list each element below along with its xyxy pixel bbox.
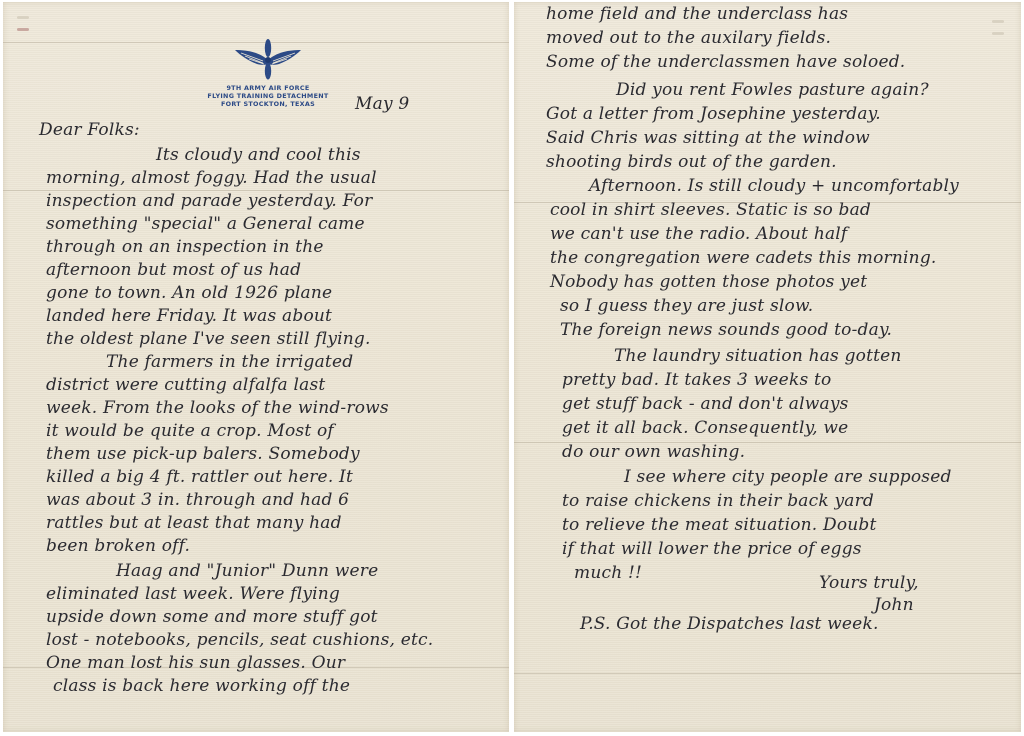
letter-line: killed a big 4 ft. rattler out here. It (46, 467, 353, 487)
letter-line: district were cutting alfalfa last (46, 375, 325, 395)
letter-line: eliminated last week. Were flying (46, 584, 340, 604)
letter-line: so I guess they are just slow. (560, 296, 813, 316)
letter-line: if that will lower the price of eggs (562, 539, 862, 559)
closing: Yours truly, (819, 573, 919, 593)
letter-line: moved out to the auxilary fields. (546, 28, 831, 48)
letter-line: the congregation were cadets this mornin… (550, 248, 937, 268)
letter-line: Did you rent Fowles pasture again? (616, 80, 929, 100)
paper-fold-line (514, 673, 1021, 674)
letter-line: home field and the underclass has (546, 4, 848, 24)
letter-line: gone to town. An old 1926 plane (46, 283, 332, 303)
letter-line: get it all back. Consequently, we (562, 418, 848, 438)
letter-line: The foreign news sounds good to-day. (560, 320, 892, 340)
letter-line: Haag and "Junior" Dunn were (116, 561, 378, 581)
letter-line: Some of the underclassmen have soloed. (546, 52, 905, 72)
letter-line: The laundry situation has gotten (614, 346, 902, 366)
letterhead-detachment: FLYING TRAINING DETACHMENT (193, 92, 343, 100)
letter-line: was about 3 in. through and had 6 (46, 490, 349, 510)
letter-line: rattles but at least that many had (46, 513, 342, 533)
letter-line: inspection and parade yesterday. For (46, 191, 372, 211)
letterhead: 9TH ARMY AIR FORCE FLYING TRAINING DETAC… (193, 38, 343, 108)
letter-line: Nobody has gotten those photos yet (550, 272, 867, 292)
letter-line: Afternoon. Is still cloudy + uncomfortab… (589, 176, 959, 196)
letter-line: to relieve the meat situation. Doubt (562, 515, 877, 535)
postscript: P.S. Got the Dispatches last week. (580, 614, 879, 634)
letter-date: May 9 (355, 94, 409, 114)
signature: John (874, 595, 914, 615)
letterhead-unit: 9TH ARMY AIR FORCE (193, 84, 343, 92)
letter-line: we can't use the radio. About half (550, 224, 847, 244)
letter-line: I see where city people are supposed (624, 467, 952, 487)
punch-hole-mark (992, 32, 1004, 35)
letter-line: lost - notebooks, pencils, seat cushions… (46, 630, 433, 650)
letter-line: Got a letter from Josephine yesterday. (546, 104, 881, 124)
letter-line: landed here Friday. It was about (46, 306, 332, 326)
letter-line: morning, almost foggy. Had the usual (46, 168, 377, 188)
letter-line: do our own washing. (562, 442, 745, 462)
letter-line: week. From the looks of the wind-rows (46, 398, 389, 418)
letter-line: get stuff back - and don't always (562, 394, 849, 414)
letter-line: afternoon but most of us had (46, 260, 301, 280)
letter-line: One man lost his sun glasses. Our (46, 653, 345, 673)
letter-line: through on an inspection in the (46, 237, 324, 257)
letter-line: Said Chris was sitting at the window (546, 128, 870, 148)
letter-line: them use pick-up balers. Somebody (46, 444, 360, 464)
letter-line: to raise chickens in their back yard (562, 491, 874, 511)
letter-page-2: home field and the underclass has moved … (514, 2, 1021, 732)
army-air-forces-winged-propeller-icon (233, 38, 303, 80)
letter-line: Its cloudy and cool this (156, 145, 361, 165)
punch-hole-mark (992, 20, 1004, 23)
letter-line: cool in shirt sleeves. Static is so bad (550, 200, 871, 220)
salutation: Dear Folks: (39, 120, 140, 140)
letter-line: it would be quite a crop. Most of (46, 421, 334, 441)
letter-line: been broken off. (46, 536, 190, 556)
letter-line: The farmers in the irrigated (106, 352, 353, 372)
letter-line: shooting birds out of the garden. (546, 152, 837, 172)
letter-line: something "special" a General came (46, 214, 365, 234)
letter-line: class is back here working off the (53, 676, 350, 696)
punch-hole-mark (17, 16, 29, 19)
letter-page-1: 9TH ARMY AIR FORCE FLYING TRAINING DETAC… (3, 2, 509, 732)
letter-line: upside down some and more stuff got (46, 607, 378, 627)
punch-hole-mark (17, 28, 29, 31)
letter-line: the oldest plane I've seen still flying. (46, 329, 371, 349)
letter-line: pretty bad. It takes 3 weeks to (562, 370, 831, 390)
letterhead-location: FORT STOCKTON, TEXAS (193, 100, 343, 108)
letter-line: much !! (574, 563, 642, 583)
